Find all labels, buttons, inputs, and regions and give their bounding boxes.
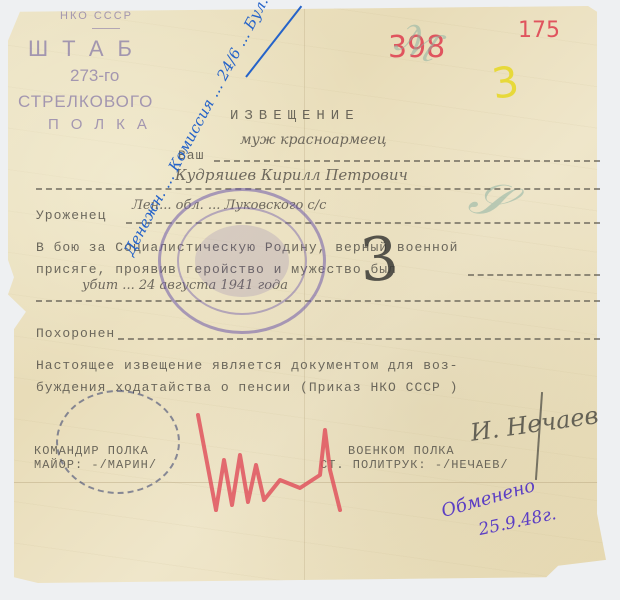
header-stamp-title: ШТАБ xyxy=(28,36,146,62)
header-stamp-rule xyxy=(92,28,120,29)
dash-line xyxy=(214,160,600,162)
header-stamp-top: НКО СССР xyxy=(60,10,133,22)
relation-value: муж красноармеец xyxy=(240,132,387,148)
document-title: ИЗВЕЩЕНИЕ xyxy=(230,108,360,124)
header-stamp-unit-suffix: ПОЛКА xyxy=(48,116,159,133)
official-round-stamp-core xyxy=(195,225,289,297)
dash-line xyxy=(36,188,600,190)
official-round-stamp xyxy=(158,188,326,334)
dash-line xyxy=(118,338,600,340)
notice-text-line1: Настоящее извещение является документом … xyxy=(36,358,458,373)
header-stamp-unit-number: 273-го xyxy=(70,66,119,86)
header-stamp-unit-type: СТРЕЛКОВОГО xyxy=(18,92,153,112)
commander-name: МАЙОР: -/МАРИН/ xyxy=(34,458,157,472)
soldier-name: Кудряшев Кирилл Петрович xyxy=(175,166,408,184)
dash-line xyxy=(36,300,600,302)
postal-stamp xyxy=(56,390,180,494)
pencil-mark-3: 3 xyxy=(358,224,401,296)
commander-red-signature xyxy=(190,410,360,520)
commander-title: КОМАНДИР ПОЛКА xyxy=(34,444,149,458)
label-buried: Похоронен xyxy=(36,326,115,341)
dash-line xyxy=(468,274,600,276)
commissar-title: ВОЕНКОМ ПОЛКА xyxy=(348,444,455,458)
label-urozhenets: Уроженец xyxy=(36,208,106,223)
archive-number-175: 175 xyxy=(518,18,560,43)
